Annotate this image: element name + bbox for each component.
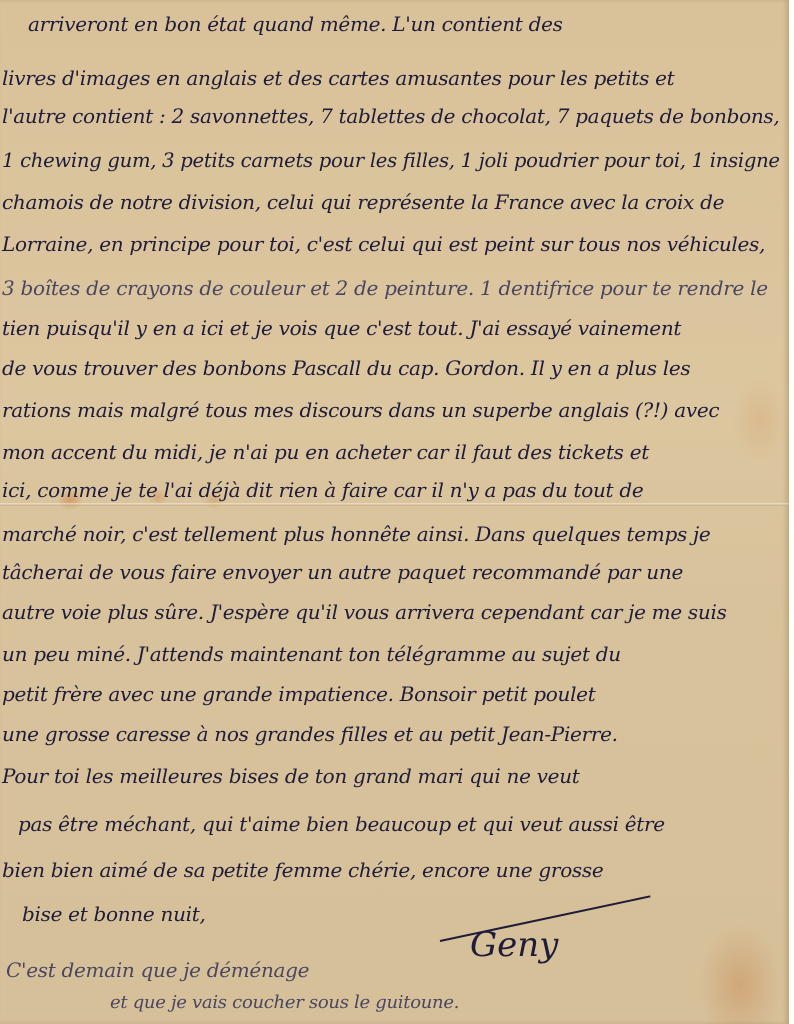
letter-line-15: autre voie plus sûre. J'espère qu'il vou… xyxy=(2,600,727,624)
letter-line-22: bise et bonne nuit, xyxy=(22,902,206,926)
letter-line-12: ici, comme je te l'ai déjà dit rien à fa… xyxy=(2,478,643,502)
letter-line-10: rations mais malgré tous mes discours da… xyxy=(2,398,719,422)
letter-line-16: un peu miné. J'attends maintenant ton té… xyxy=(2,642,621,666)
letter-postscript-1: C'est demain que je déménage xyxy=(6,958,309,982)
letter-line-6: Lorraine, en principe pour toi, c'est ce… xyxy=(2,232,765,256)
letter-line-3: l'autre contient : 2 savonnettes, 7 tabl… xyxy=(2,104,779,128)
letter-line-5: chamois de notre division, celui qui rep… xyxy=(2,190,724,214)
letter-line-18: une grosse caresse à nos grandes filles … xyxy=(2,722,618,746)
letter-line-21: bien bien aimé de sa petite femme chérie… xyxy=(2,858,603,882)
letter-line-11: mon accent du midi, je n'ai pu en achete… xyxy=(2,440,649,464)
letter-line-1: arriveront en bon état quand même. L'un … xyxy=(28,12,563,36)
letter-page: arriveront en bon état quand même. L'un … xyxy=(0,0,789,1024)
letter-line-14: tâcherai de vous faire envoyer un autre … xyxy=(2,560,683,584)
letter-line-2: livres d'images en anglais et des cartes… xyxy=(2,66,674,90)
letter-postscript-2: et que je vais coucher sous le guitoune. xyxy=(110,992,459,1013)
letter-line-8: tien puisqu'il y en a ici et je vois que… xyxy=(2,316,681,340)
letter-line-4: 1 chewing gum, 3 petits carnets pour les… xyxy=(2,148,780,172)
letter-line-19: Pour toi les meilleures bises de ton gra… xyxy=(2,764,580,788)
letter-line-17: petit frère avec une grande impatience. … xyxy=(2,682,595,706)
letter-line-13: marché noir, c'est tellement plus honnêt… xyxy=(2,522,710,546)
letter-line-7: 3 boîtes de crayons de couleur et 2 de p… xyxy=(2,276,768,300)
letter-line-20: pas être méchant, qui t'aime bien beauco… xyxy=(18,812,665,836)
paper-fold-crease xyxy=(0,503,789,506)
letter-line-9: de vous trouver des bonbons Pascall du c… xyxy=(2,356,690,380)
